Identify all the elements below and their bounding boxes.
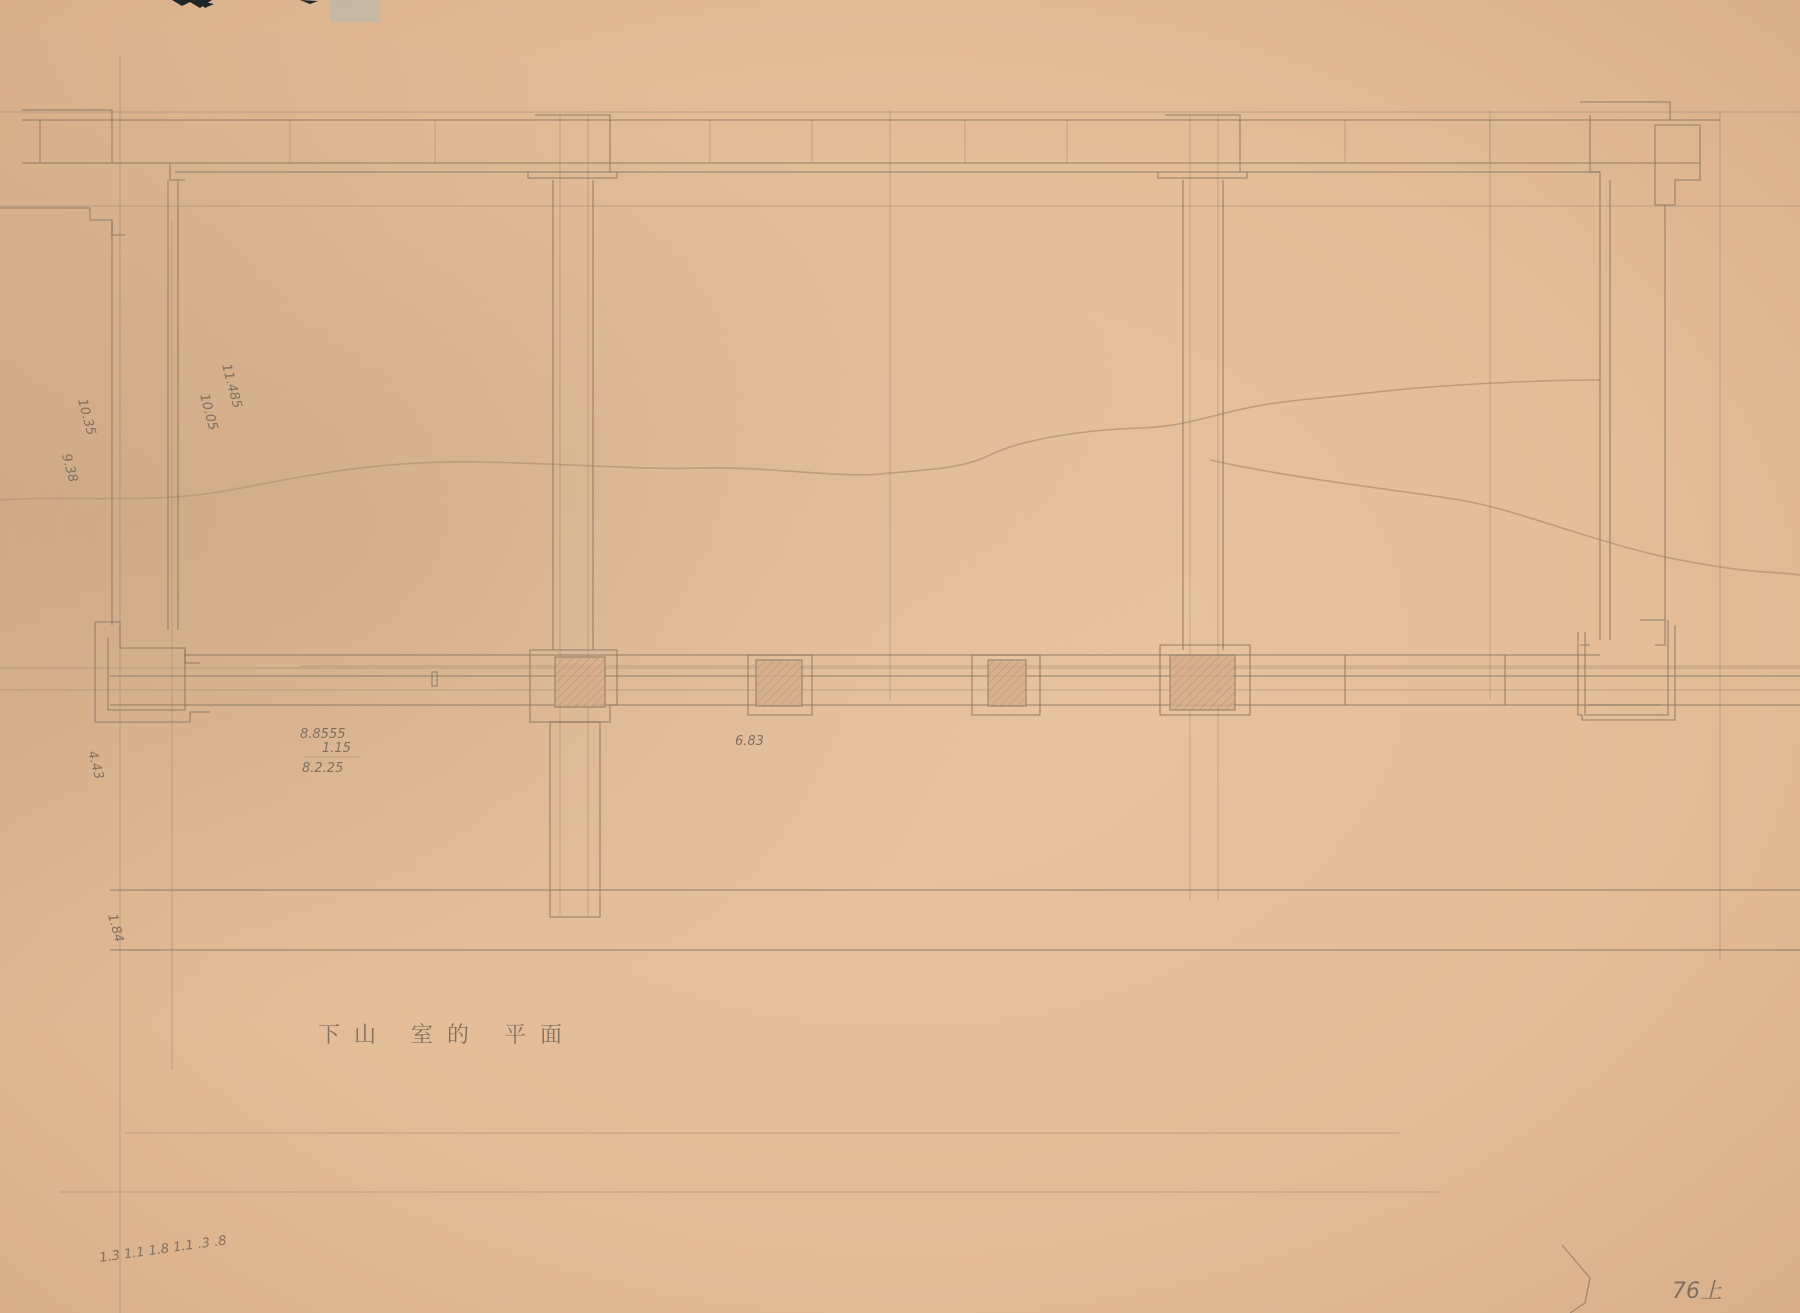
top-wall bbox=[22, 110, 1720, 180]
bottom-wall bbox=[95, 620, 1800, 722]
interior-columns bbox=[553, 110, 1490, 915]
drawing-title: 下山 室的 平面 bbox=[318, 1023, 576, 1048]
paper-damage bbox=[172, 0, 380, 22]
bottom-piers bbox=[530, 645, 1505, 917]
bottom-left-calculations: 1.3 1.1 1.8 1.1 .3 .8 bbox=[98, 1233, 227, 1266]
left-inner-dimension-1: 11.485 bbox=[218, 362, 244, 410]
pier-note-line1: 8.8555 bbox=[300, 727, 346, 742]
left-inner-dimension-2: 10.05 bbox=[196, 392, 220, 432]
drawing-sheet: 10.35 9.38 11.485 10.05 4.43 1.84 8.8555… bbox=[0, 0, 1800, 1313]
left-margin-dimension-1: 10.35 bbox=[74, 397, 98, 437]
construction-lines bbox=[0, 55, 1800, 1313]
left-margin-dimension-low: 1.84 bbox=[104, 912, 126, 944]
page-number: 76上 bbox=[1672, 1279, 1722, 1304]
right-wall bbox=[1600, 180, 1665, 645]
pier-note-2: 6.83 bbox=[735, 734, 764, 749]
pier-note-line2: 1.15 bbox=[322, 741, 351, 756]
corner-bracket-mark bbox=[1562, 1245, 1590, 1313]
left-margin-dimension-2: 9.38 bbox=[58, 452, 80, 484]
top-pilasters bbox=[528, 102, 1700, 205]
paper-crack bbox=[0, 380, 1800, 575]
floor-plan-drawing: 10.35 9.38 11.485 10.05 4.43 1.84 8.8555… bbox=[0, 0, 1800, 1313]
left-margin-dimension-mid: 4.43 bbox=[84, 749, 106, 781]
pier-note-line3: 8.2.25 bbox=[302, 761, 343, 776]
